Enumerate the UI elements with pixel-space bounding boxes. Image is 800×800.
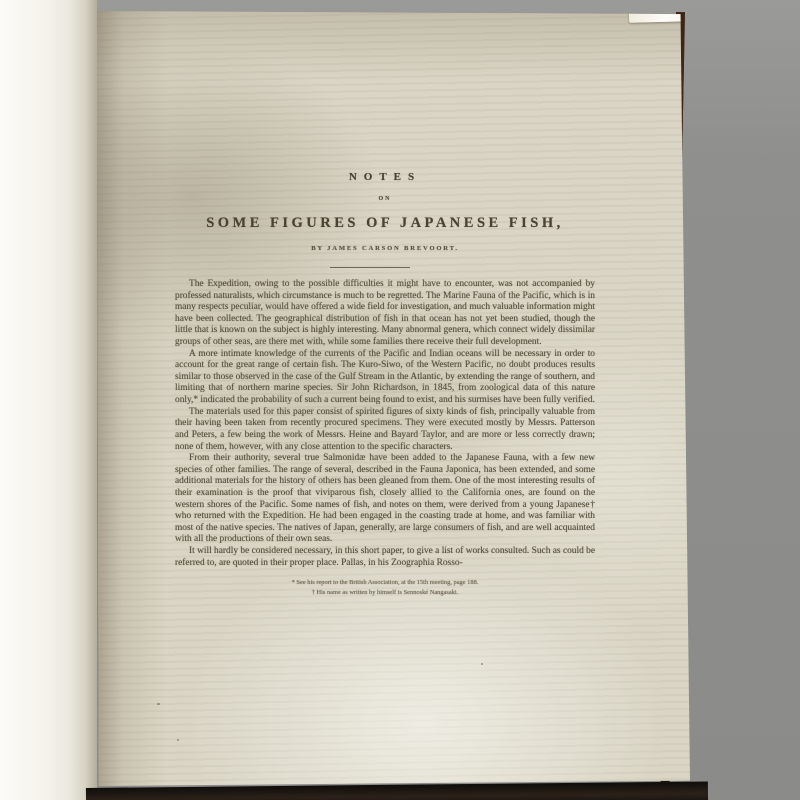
paragraph: A more intimate knowledge of the current… [175, 349, 595, 407]
page-heading: NOTES [175, 171, 595, 183]
printed-text-block: NOTES ON SOME FIGURES OF JAPANESE FISH, … [175, 171, 595, 597]
paper-speck [481, 663, 483, 665]
book-page: NOTES ON SOME FIGURES OF JAPANESE FISH, … [97, 11, 690, 786]
book-photograph: NOTES ON SOME FIGURES OF JAPANESE FISH, … [0, 0, 800, 800]
paragraph: From their authority, several true Salmo… [175, 453, 595, 546]
paper-speck [177, 739, 179, 741]
byline: BY JAMES CARSON BREVOORT. [175, 245, 595, 252]
paragraph: The Expedition, owing to the possible di… [175, 279, 595, 349]
body-text: The Expedition, owing to the possible di… [175, 279, 595, 569]
facing-page-edge [0, 0, 97, 800]
paragraph: It will hardly be considered necessary, … [175, 546, 595, 569]
paper-speck [157, 703, 160, 705]
heading-conjunction: ON [175, 196, 595, 202]
footnotes: * See his report to the British Associat… [175, 578, 595, 597]
page-title: SOME FIGURES OF JAPANESE FISH, [175, 215, 595, 232]
footnote: * See his report to the British Associat… [175, 578, 595, 588]
paragraph: The materials used for this paper consis… [175, 407, 595, 453]
title-divider-rule [330, 267, 410, 268]
footnote: † His name as written by himself is Senn… [175, 588, 595, 598]
